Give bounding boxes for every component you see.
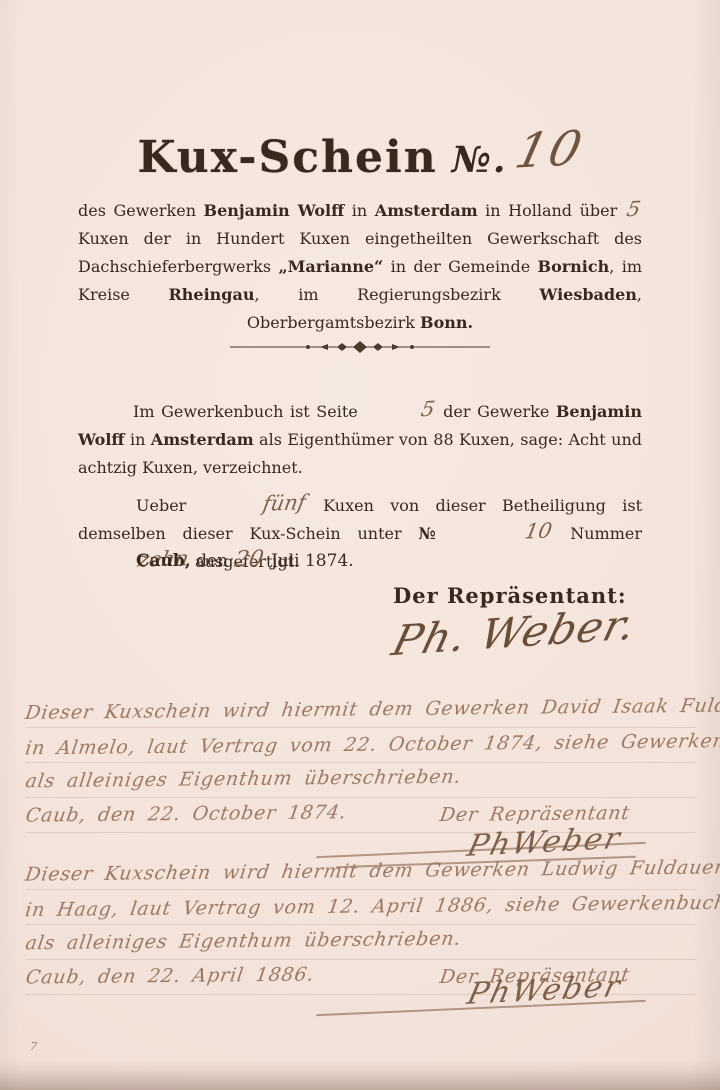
body-text: in Holland über xyxy=(478,201,625,220)
mine-name: „Marianne“ xyxy=(278,257,383,276)
district-name: Rheingau xyxy=(168,285,254,304)
handwritten-line: als alleiniges Eigenthum überschrieben. xyxy=(26,925,696,960)
pencil-mark: 7 xyxy=(29,1040,38,1054)
handwritten-line: in Haag, laut Vertrag vom 12. April 1886… xyxy=(26,890,696,925)
representative-signature: Ph. Weber. xyxy=(387,600,641,665)
share-count-handwritten: 5 xyxy=(623,201,643,218)
intro-paragraph: des Gewerken Benjamin Wolff in Amsterdam… xyxy=(78,197,642,337)
body-text: in der Gemeinde xyxy=(383,257,537,276)
handwritten-line: als alleiniges Eigenthum überschrieben. xyxy=(26,763,696,798)
body-text: des Gewerken xyxy=(78,201,204,220)
document-page: Kux-Schein№.10 des Gewerken Benjamin Wol… xyxy=(0,0,720,1090)
transfer2-line1: Dieser Kuxschein wird hiermit dem Gewerk… xyxy=(23,851,720,890)
body-text: Ueber xyxy=(136,496,203,515)
transfer-note-2: Dieser Kuxschein wird hiermit dem Gewerk… xyxy=(26,855,696,995)
body-text: in xyxy=(125,430,151,449)
municipality-name: Bornich xyxy=(538,257,610,276)
city-name: Amsterdam xyxy=(151,430,254,449)
certificate-number-handwritten: 10 xyxy=(463,522,555,542)
body-text: Nummer xyxy=(553,524,647,543)
handwritten-line: in Almelo, laut Vertrag vom 22. October … xyxy=(26,728,696,763)
handwritten-line: Dieser Kuxschein wird hiermit dem Gewerk… xyxy=(26,693,696,728)
transfer2-date: Caub, den 22. April 1886. xyxy=(23,958,316,995)
transfer1-line1: Dieser Kuxschein wird hiermit dem Gewerk… xyxy=(23,689,720,729)
handwritten-line: Dieser Kuxschein wird hiermit dem Gewerk… xyxy=(26,855,696,890)
mining-office-name: Bonn. xyxy=(420,313,473,332)
body-text: , im Regierungsbezirk xyxy=(255,285,540,304)
transfer1-line2: in Almelo, laut Vertrag vom 22. October … xyxy=(23,724,720,765)
place-name: Caub, xyxy=(136,551,191,571)
body-text: Im Gewerkenbuch ist Seite xyxy=(133,402,364,421)
day-handwritten: 20 xyxy=(232,550,267,569)
ornament-divider xyxy=(0,338,720,360)
body-text: der Gewerke xyxy=(437,402,556,421)
transfer1-date: Caub, den 22. October 1874. xyxy=(23,796,349,833)
share-count-word-handwritten: fünf xyxy=(201,494,309,514)
register-paragraph: Im Gewerkenbuch ist Seite 5 der Gewerke … xyxy=(78,398,642,482)
transfer-note-1: Dieser Kuxschein wird hiermit dem Gewerk… xyxy=(26,693,696,833)
page-number-handwritten: 5 xyxy=(363,401,439,420)
body-text: Juli 1874. xyxy=(266,551,354,571)
transfer1-line3: als alleiniges Eigenthum überschrieben. xyxy=(23,761,463,798)
title-number-label: №. xyxy=(452,139,508,181)
transfer2-line3: als alleiniges Eigenthum überschrieben. xyxy=(23,923,463,960)
divider-graphic xyxy=(230,338,490,356)
body-text: in xyxy=(344,201,375,220)
region-name: Wiesbaden xyxy=(539,285,637,304)
transfer2-line2: in Haag, laut Vertrag vom 12. April 1886… xyxy=(23,886,720,926)
number-sign: № xyxy=(418,524,464,543)
body-text: den xyxy=(191,551,234,571)
owner-name: Benjamin Wolff xyxy=(204,201,345,220)
title-text: Kux-Schein xyxy=(138,132,438,183)
title-number-handwritten: 10 xyxy=(510,120,589,179)
issue-dateline: Caub, den 20 Juli 1874. xyxy=(136,551,354,571)
document-title: Kux-Schein№.10 xyxy=(0,122,720,183)
city-name: Amsterdam xyxy=(375,201,478,220)
